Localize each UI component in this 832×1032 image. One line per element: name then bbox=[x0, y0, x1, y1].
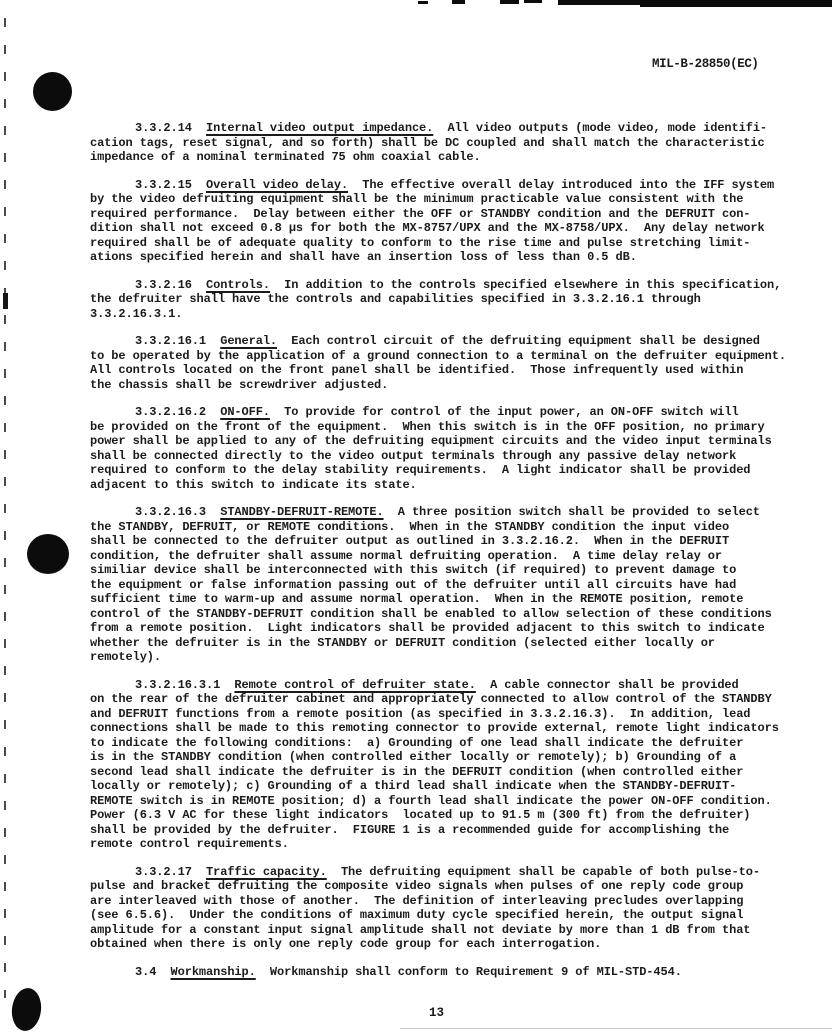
paragraph-line: to be operated by the application of a g… bbox=[90, 349, 806, 364]
paragraph-line: locally or remotely); c) Grounding of a … bbox=[90, 779, 806, 794]
paragraph-first-line: 3.3.2.17 Traffic capacity. The defruitin… bbox=[90, 865, 806, 880]
paragraph-line: dition shall not exceed 0.8 μs for both … bbox=[90, 221, 806, 236]
paragraph-line: condition, the defruiter shall assume no… bbox=[90, 549, 806, 564]
paragraph-first-line: 3.3.2.16 Controls. In addition to the co… bbox=[90, 278, 806, 293]
paragraph-line: connections shall be made to this remoti… bbox=[90, 721, 806, 736]
scan-mark bbox=[452, 0, 465, 4]
paragraph-line: the defruiter shall have the controls an… bbox=[90, 292, 806, 307]
paragraph-line: pulse and bracket defruiting the composi… bbox=[90, 879, 806, 894]
section-title: Controls. bbox=[206, 278, 270, 292]
paragraph-first-line: 3.3.2.14 Internal video output impedance… bbox=[90, 121, 806, 136]
paragraph-line: is in the STANDBY condition (when contro… bbox=[90, 750, 806, 765]
paragraph-line: the equipment or false information passi… bbox=[90, 578, 806, 593]
paragraph-line: obtained when there is only one reply co… bbox=[90, 937, 806, 952]
paragraph-line: required performance. Delay between eith… bbox=[90, 207, 806, 222]
paragraph-line: control of the STANDBY-DEFRUIT condition… bbox=[90, 607, 806, 622]
paragraph-line: and DEFRUIT functions from a remote posi… bbox=[90, 707, 806, 722]
section-title: Workmanship. bbox=[171, 965, 256, 979]
paragraph-line: the chassis shall be screwdriver adjuste… bbox=[90, 378, 806, 393]
paragraph-line: remotely). bbox=[90, 650, 806, 665]
paragraph-line: whether the defruiter is in the STANDBY … bbox=[90, 636, 806, 651]
paragraph-3.3.2.16.1: 3.3.2.16.1 General. Each control circuit… bbox=[90, 334, 806, 392]
document-id-header: MIL-B-28850(EC) bbox=[652, 57, 759, 71]
paragraph-line: power shall be applied to any of the def… bbox=[90, 434, 806, 449]
paragraph-line: (see 6.5.6). Under the conditions of max… bbox=[90, 908, 806, 923]
paragraph-3.3.2.16.3.1: 3.3.2.16.3.1 Remote control of defruiter… bbox=[90, 678, 806, 852]
page-number: 13 bbox=[429, 1006, 444, 1020]
paragraph-line: adjacent to this switch to indicate its … bbox=[90, 478, 806, 493]
paragraph-line: second lead shall indicate the defruiter… bbox=[90, 765, 806, 780]
section-number: 3.3.2.15 bbox=[135, 178, 192, 192]
section-number: 3.3.2.16 bbox=[135, 278, 192, 292]
paragraph-first-line: 3.3.2.16.3.1 Remote control of defruiter… bbox=[90, 678, 806, 693]
paragraph-3.3.2.16.2: 3.3.2.16.2 ON-OFF. To provide for contro… bbox=[90, 405, 806, 492]
section-title: Traffic capacity. bbox=[206, 865, 327, 879]
paragraph-line: similiar device shall be interconnected … bbox=[90, 563, 806, 578]
paragraph-line: on the rear of the defruiter cabinet and… bbox=[90, 692, 806, 707]
paragraph-line: Power (6.3 V AC for these light indicato… bbox=[90, 808, 806, 823]
paragraph-3.3.2.17: 3.3.2.17 Traffic capacity. The defruitin… bbox=[90, 865, 806, 952]
section-title: General. bbox=[220, 334, 277, 348]
paragraph-3.3.2.16: 3.3.2.16 Controls. In addition to the co… bbox=[90, 278, 806, 322]
paragraph-first-line: 3.4 Workmanship. Workmanship shall confo… bbox=[90, 965, 806, 980]
scan-edge-ticks bbox=[4, 18, 6, 998]
paragraph-first-line: 3.3.2.16.1 General. Each control circuit… bbox=[90, 334, 806, 349]
section-number: 3.3.2.14 bbox=[135, 121, 192, 135]
paragraph-line: All controls located on the front panel … bbox=[90, 363, 806, 378]
scan-mark bbox=[3, 293, 8, 309]
paragraph-3.3.2.16.3: 3.3.2.16.3 STANDBY-DEFRUIT-REMOTE. A thr… bbox=[90, 505, 806, 665]
paragraph-line: the STANDBY, DEFRUIT, or REMOTE conditio… bbox=[90, 520, 806, 535]
paragraph-line: are interleaved with those of another. T… bbox=[90, 894, 806, 909]
paragraph-line: shall be provided by the defruiter. FIGU… bbox=[90, 823, 806, 838]
paragraph-first-line: 3.3.2.16.2 ON-OFF. To provide for contro… bbox=[90, 405, 806, 420]
paragraph-first-line: 3.3.2.15 Overall video delay. The effect… bbox=[90, 178, 806, 193]
paragraph-line: shall be connected to the defruiter outp… bbox=[90, 534, 806, 549]
hole-punch-top bbox=[33, 72, 72, 111]
section-number: 3.3.2.17 bbox=[135, 865, 192, 879]
paragraph-line: required to conform to the delay stabili… bbox=[90, 463, 806, 478]
section-title: Overall video delay. bbox=[206, 178, 348, 192]
paragraph-line: sufficient time to warm-up and assume no… bbox=[90, 592, 806, 607]
paragraph-line: by the video defruiting equipment shall … bbox=[90, 192, 806, 207]
section-number: 3.3.2.16.3 bbox=[135, 505, 206, 519]
section-title: STANDBY-DEFRUIT-REMOTE. bbox=[220, 505, 383, 519]
section-title: ON-OFF. bbox=[220, 405, 270, 419]
paragraph-line: impedance of a nominal terminated 75 ohm… bbox=[90, 150, 806, 165]
document-body: 3.3.2.14 Internal video output impedance… bbox=[90, 121, 806, 979]
paragraph-line: from a remote position. Light indicators… bbox=[90, 621, 806, 636]
paragraph-3.4: 3.4 Workmanship. Workmanship shall confo… bbox=[90, 965, 806, 980]
paragraph-line: required shall be of adequate quality to… bbox=[90, 236, 806, 251]
paragraph-line: REMOTE switch is in REMOTE position; d) … bbox=[90, 794, 806, 809]
paragraph-3.3.2.14: 3.3.2.14 Internal video output impedance… bbox=[90, 121, 806, 165]
paragraph-line: 3.3.2.16.3.1. bbox=[90, 307, 806, 322]
paragraph-line: ations specified herein and shall have a… bbox=[90, 250, 806, 265]
hole-punch-middle bbox=[27, 534, 69, 574]
paragraph-line: be provided on the front of the equipmen… bbox=[90, 420, 806, 435]
paragraph-first-line: 3.3.2.16.3 STANDBY-DEFRUIT-REMOTE. A thr… bbox=[90, 505, 806, 520]
section-title: Internal video output impedance. bbox=[206, 121, 433, 135]
scan-edge-bar bbox=[640, 0, 832, 7]
scan-mark bbox=[524, 0, 542, 3]
paragraph-line: amplitude for a constant input signal am… bbox=[90, 923, 806, 938]
paragraph-line: shall be connected directly to the video… bbox=[90, 449, 806, 464]
paragraph-line: to indicate the following conditions: a)… bbox=[90, 736, 806, 751]
scan-mark bbox=[500, 0, 519, 4]
section-title: Remote control of defruiter state. bbox=[234, 678, 475, 692]
hole-punch-bottom bbox=[9, 986, 43, 1032]
scan-mark bbox=[418, 1, 428, 4]
paragraph-line: remote control requirements. bbox=[90, 837, 806, 852]
section-number: 3.4 bbox=[135, 965, 156, 979]
paragraph-3.3.2.15: 3.3.2.15 Overall video delay. The effect… bbox=[90, 178, 806, 265]
section-number: 3.3.2.16.1 bbox=[135, 334, 206, 348]
scan-mark bbox=[400, 1028, 832, 1029]
section-number: 3.3.2.16.3.1 bbox=[135, 678, 220, 692]
section-number: 3.3.2.16.2 bbox=[135, 405, 206, 419]
paragraph-line: cation tags, reset signal, and so forth)… bbox=[90, 136, 806, 151]
